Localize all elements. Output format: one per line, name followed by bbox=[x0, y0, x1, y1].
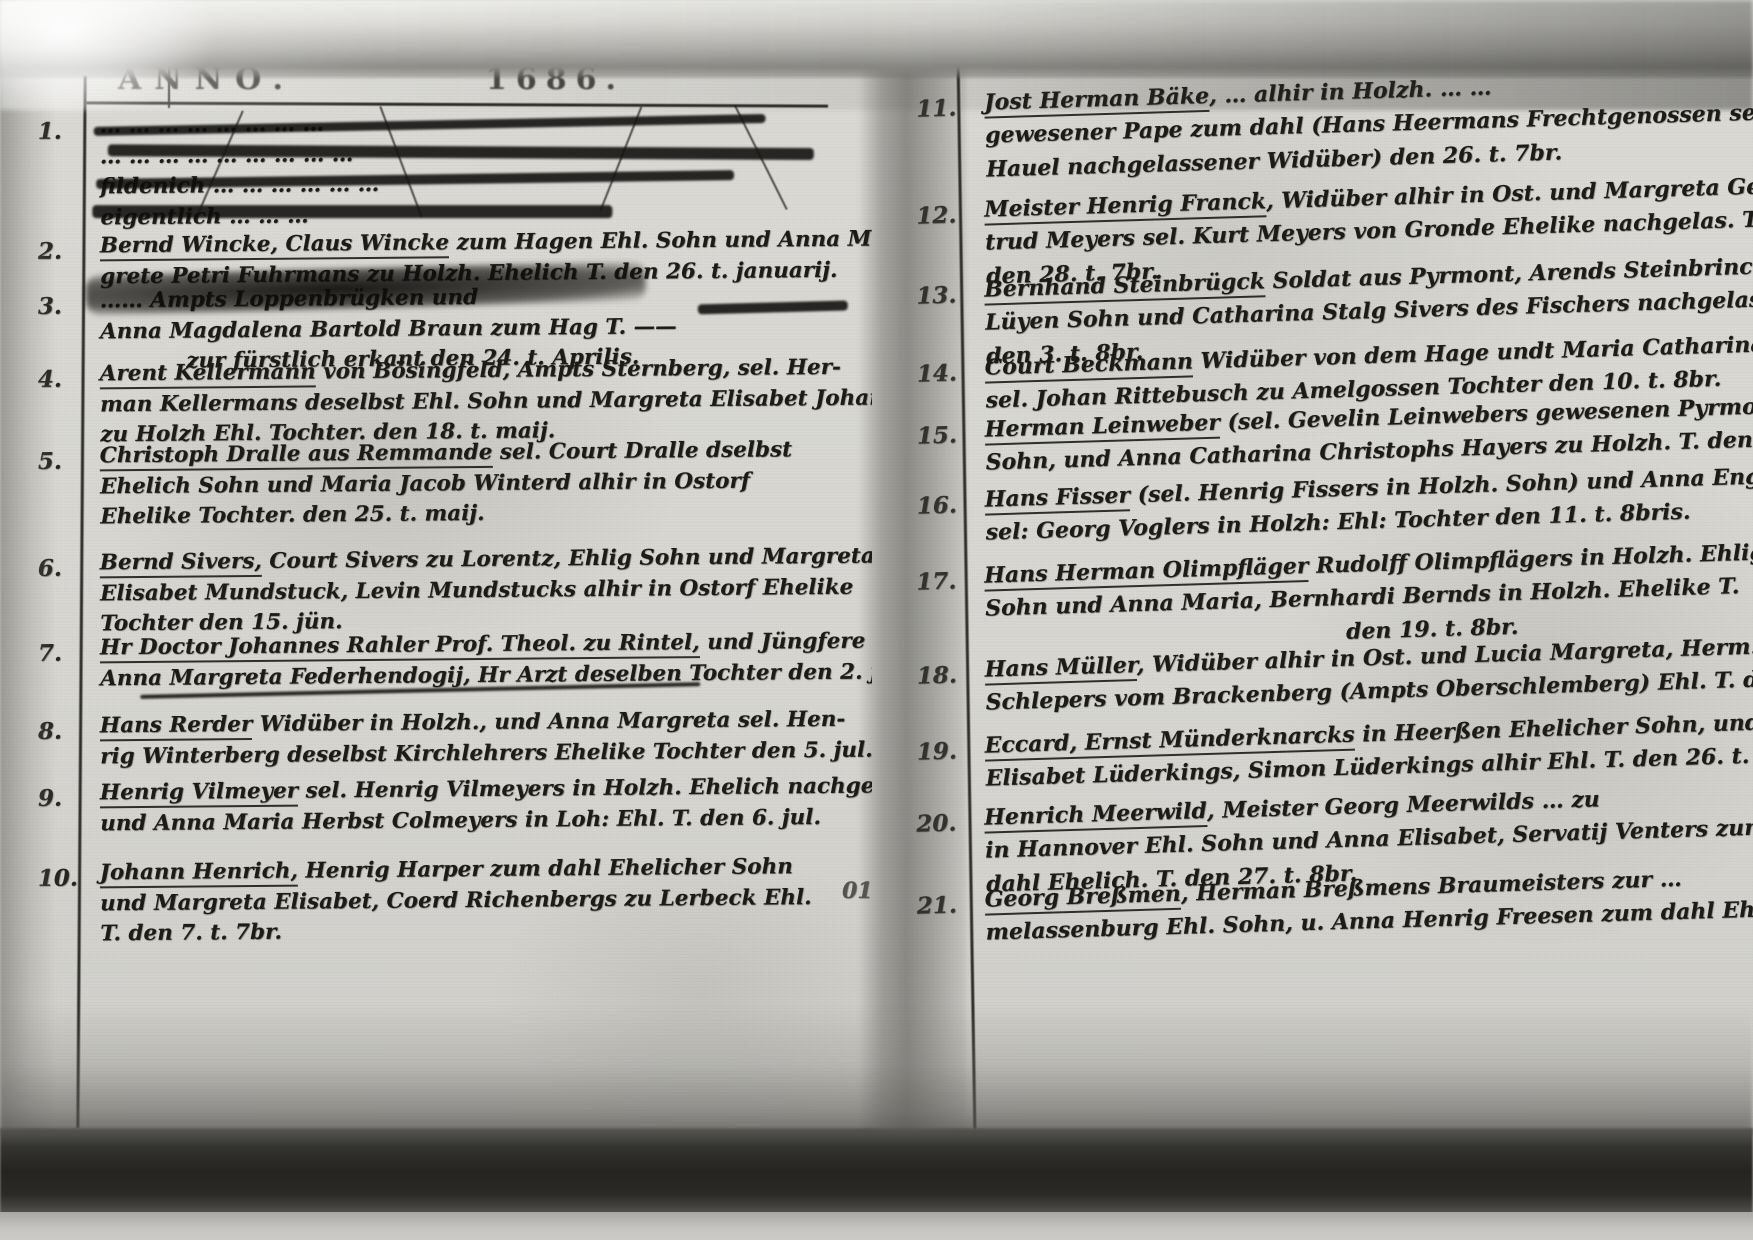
scan-artifact-bottom-strip bbox=[0, 1212, 1753, 1240]
entry-text: Henrig Harper zum dahl Ehelicher Sohn bbox=[298, 854, 793, 883]
entry-number: 18. bbox=[916, 658, 957, 694]
groom-name: Christoph Dralle aus Remmande bbox=[100, 440, 493, 471]
groom-name: Bernd Sivers, bbox=[100, 549, 262, 578]
groom-name: Court Beckmann bbox=[984, 348, 1193, 383]
groom-name: Johann Henrich, bbox=[100, 859, 298, 889]
entry-line: Ehelike Tochter. den 25. t. maij. bbox=[100, 496, 860, 533]
groom-name: Hans Fisser bbox=[984, 482, 1130, 515]
entry-text: sel. Court Dralle dselbst bbox=[492, 437, 792, 465]
entry-number: 21. bbox=[916, 888, 957, 924]
entry-text: zum Hagen Ehl. Sohn und Anna Mar- bbox=[449, 226, 872, 255]
entry-number: 19. bbox=[916, 734, 957, 770]
entry-number: 16. bbox=[916, 488, 957, 524]
scanner-glare-spot bbox=[0, 0, 220, 120]
entry-number: 15. bbox=[916, 418, 957, 454]
entry-text: von Bösingfeld, Ampts Sternberg, sel. He… bbox=[316, 355, 841, 385]
entry-number: 14. bbox=[916, 356, 957, 392]
groom-name: Hans Rerder bbox=[100, 712, 253, 741]
register-entry: 9. Henrig Vilmeyer sel. Henrig Vilmeyers… bbox=[100, 772, 861, 840]
scan-artifact-top-shade bbox=[0, 0, 1753, 110]
groom-name: Arent Kellermann bbox=[100, 359, 316, 389]
register-entry: 1. … … … … … … … … … … … … … … … … … fil… bbox=[99, 105, 860, 234]
entry-line: und Anna Maria Herbst Colmeyers in Loh: … bbox=[100, 802, 860, 839]
scanned-register-spread: ANNO. 1686. 1. … … … … … … … … … … … … …… bbox=[0, 0, 1753, 1240]
register-entry: 6. Bernd Sivers, Court Sivers zu Lorentz… bbox=[100, 542, 861, 640]
entry-text: und Jüngfere bbox=[700, 629, 866, 655]
groom-name: Hr Doctor Johannes Rahler Prof. Theol. z… bbox=[100, 630, 700, 663]
entry-number: 20. bbox=[916, 806, 957, 842]
register-entry: 7. Hr Doctor Johannes Rahler Prof. Theol… bbox=[100, 627, 861, 695]
entry-number: 12. bbox=[916, 198, 957, 234]
groom-name: Georg Breßmen bbox=[984, 881, 1181, 916]
entry-text: Court Sivers zu Lorentz, Ehlig Sohn und … bbox=[262, 544, 872, 574]
register-entry: 10. Johann Henrich, Henrig Harper zum da… bbox=[100, 852, 861, 950]
right-page: 11. Jost Herman Bäke, … alhir in Holzh. … bbox=[905, 0, 1753, 1160]
entry-number: 17. bbox=[916, 564, 957, 600]
scan-artifact-bottom-band bbox=[0, 1128, 1753, 1214]
groom-name: Henrich Meerwild bbox=[984, 798, 1208, 834]
entry-number: 13. bbox=[916, 278, 957, 314]
register-entry: 5. Christoph Dralle aus Remmande sel. Co… bbox=[100, 435, 861, 533]
scan-artifact-bottom-fade bbox=[0, 1005, 1753, 1135]
strikethrough-mark bbox=[92, 205, 612, 218]
groom-name: Henrig Vilmeyer bbox=[100, 779, 298, 809]
register-entry: 8. Hans Rerder Widüber in Holzh., und An… bbox=[100, 705, 861, 773]
entry-text: Widüber in Holzh., und Anna Margreta sel… bbox=[252, 707, 845, 737]
entry-line: rig Winterberg deselbst Kirchlehrers Ehe… bbox=[100, 735, 860, 772]
margin-note: 01 bbox=[842, 878, 873, 904]
left-page: 1. … … … … … … … … … … … … … … … … … fil… bbox=[0, 0, 872, 1160]
entry-text: sel. Henrig Vilmeyers in Holzh. Ehelich … bbox=[298, 772, 872, 803]
entry-line: T. den 7. t. 7br. bbox=[100, 913, 860, 950]
groom-name: Hans Müller bbox=[984, 652, 1137, 686]
groom-name: Bernd Wincke, Claus Wincke bbox=[100, 230, 449, 261]
